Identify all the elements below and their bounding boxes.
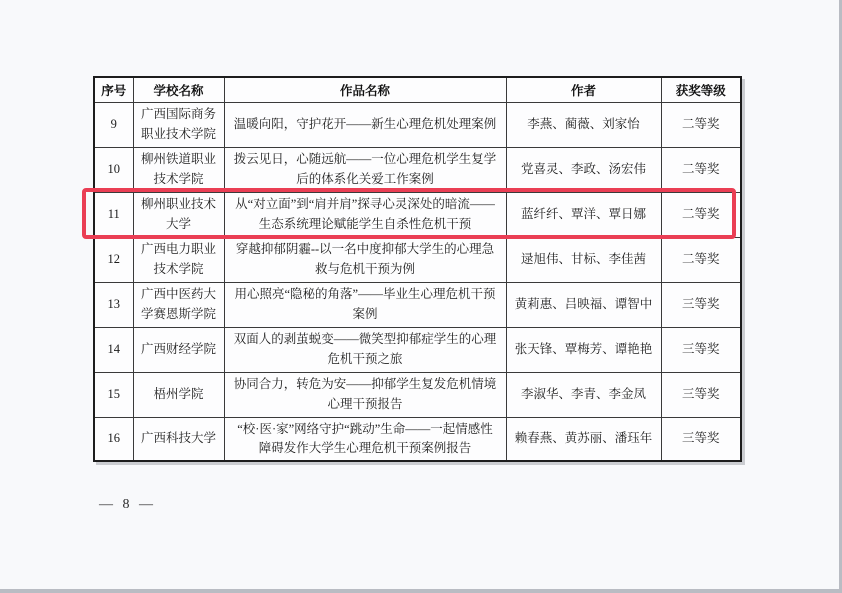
cell-award: 三等奖 [661, 417, 741, 461]
cell-work: “校·医·家”网络守护“跳动”生命——一起情感性障碍发作大学生心理危机干预案例报… [224, 417, 506, 461]
cell-school: 广西财经学院 [133, 327, 224, 372]
cell-school: 梧州学院 [133, 372, 224, 417]
col-header-authors: 作者 [506, 77, 661, 102]
table-row: 15梧州学院协同合力，转危为安——抑郁学生复发危机情境心理干预报告李淑华、李青、… [94, 372, 741, 417]
cell-work: 双面人的剥茧蜕变——微笑型抑郁症学生的心理危机干预之旅 [224, 327, 506, 372]
cell-work: 穿越抑郁阴霾--以一名中度抑郁大学生的心理急救与危机干预为例 [224, 237, 506, 282]
table-row: 13广西中医药大学赛恩斯学院用心照亮“隐秘的角落”——毕业生心理危机干预案例黄莉… [94, 282, 741, 327]
cell-no: 12 [94, 237, 133, 282]
cell-work: 协同合力，转危为安——抑郁学生复发危机情境心理干预报告 [224, 372, 506, 417]
cell-authors: 李淑华、李青、李金凤 [506, 372, 661, 417]
cell-authors: 党喜灵、李政、汤宏伟 [506, 147, 661, 192]
awards-table-body: 9广西国际商务职业技术学院温暖向阳，守护花开——新生心理危机处理案例李燕、蔺薇、… [94, 102, 741, 461]
cell-award: 二等奖 [661, 102, 741, 147]
cell-no: 11 [94, 192, 133, 237]
table-row: 10柳州铁道职业技术学院拨云见日，心随远航——一位心理危机学生复学后的体系化关爱… [94, 147, 741, 192]
cell-no: 9 [94, 102, 133, 147]
cell-authors: 蓝纤纤、覃洋、覃日娜 [506, 192, 661, 237]
table-row: 16广西科技大学“校·医·家”网络守护“跳动”生命——一起情感性障碍发作大学生心… [94, 417, 741, 461]
cell-no: 14 [94, 327, 133, 372]
cell-no: 15 [94, 372, 133, 417]
cell-school: 广西国际商务职业技术学院 [133, 102, 224, 147]
table-row: 12广西电力职业技术学院穿越抑郁阴霾--以一名中度抑郁大学生的心理急救与危机干预… [94, 237, 741, 282]
cell-no: 16 [94, 417, 133, 461]
cell-award: 三等奖 [661, 282, 741, 327]
cell-award: 二等奖 [661, 237, 741, 282]
cell-award: 二等奖 [661, 147, 741, 192]
col-header-school: 学校名称 [133, 77, 224, 102]
cell-no: 10 [94, 147, 133, 192]
cell-work: 温暖向阳，守护花开——新生心理危机处理案例 [224, 102, 506, 147]
cell-work: 从“对立面”到“肩并肩”探寻心灵深处的暗流——生态系统理论赋能学生自杀性危机干预 [224, 192, 506, 237]
awards-table: 序号 学校名称 作品名称 作者 获奖等级 9广西国际商务职业技术学院温暖向阳，守… [93, 76, 742, 462]
cell-work: 用心照亮“隐秘的角落”——毕业生心理危机干预案例 [224, 282, 506, 327]
table-row: 11柳州职业技术大学从“对立面”到“肩并肩”探寻心灵深处的暗流——生态系统理论赋… [94, 192, 741, 237]
cell-authors: 赖春燕、黄苏丽、潘珏年 [506, 417, 661, 461]
col-header-work: 作品名称 [224, 77, 506, 102]
cell-award: 二等奖 [661, 192, 741, 237]
window-border-bottom [0, 589, 842, 593]
cell-school: 广西中医药大学赛恩斯学院 [133, 282, 224, 327]
awards-table-header: 序号 学校名称 作品名称 作者 获奖等级 [94, 77, 741, 102]
cell-authors: 黄莉惠、吕映福、谭智中 [506, 282, 661, 327]
document-page: 序号 学校名称 作品名称 作者 获奖等级 9广西国际商务职业技术学院温暖向阳，守… [0, 0, 842, 593]
cell-authors: 逯旭伟、甘标、李佳茜 [506, 237, 661, 282]
cell-school: 柳州职业技术大学 [133, 192, 224, 237]
table-row: 14广西财经学院双面人的剥茧蜕变——微笑型抑郁症学生的心理危机干预之旅张天锋、覃… [94, 327, 741, 372]
cell-school: 广西科技大学 [133, 417, 224, 461]
cell-school: 广西电力职业技术学院 [133, 237, 224, 282]
cell-work: 拨云见日，心随远航——一位心理危机学生复学后的体系化关爱工作案例 [224, 147, 506, 192]
cell-authors: 李燕、蔺薇、刘家怡 [506, 102, 661, 147]
header-row: 序号 学校名称 作品名称 作者 获奖等级 [94, 77, 741, 102]
page-number: — 8 — [99, 497, 156, 513]
cell-authors: 张天锋、覃梅芳、谭艳艳 [506, 327, 661, 372]
cell-award: 三等奖 [661, 327, 741, 372]
col-header-award: 获奖等级 [661, 77, 741, 102]
cell-award: 三等奖 [661, 372, 741, 417]
cell-no: 13 [94, 282, 133, 327]
col-header-no: 序号 [94, 77, 133, 102]
table-row: 9广西国际商务职业技术学院温暖向阳，守护花开——新生心理危机处理案例李燕、蔺薇、… [94, 102, 741, 147]
cell-school: 柳州铁道职业技术学院 [133, 147, 224, 192]
